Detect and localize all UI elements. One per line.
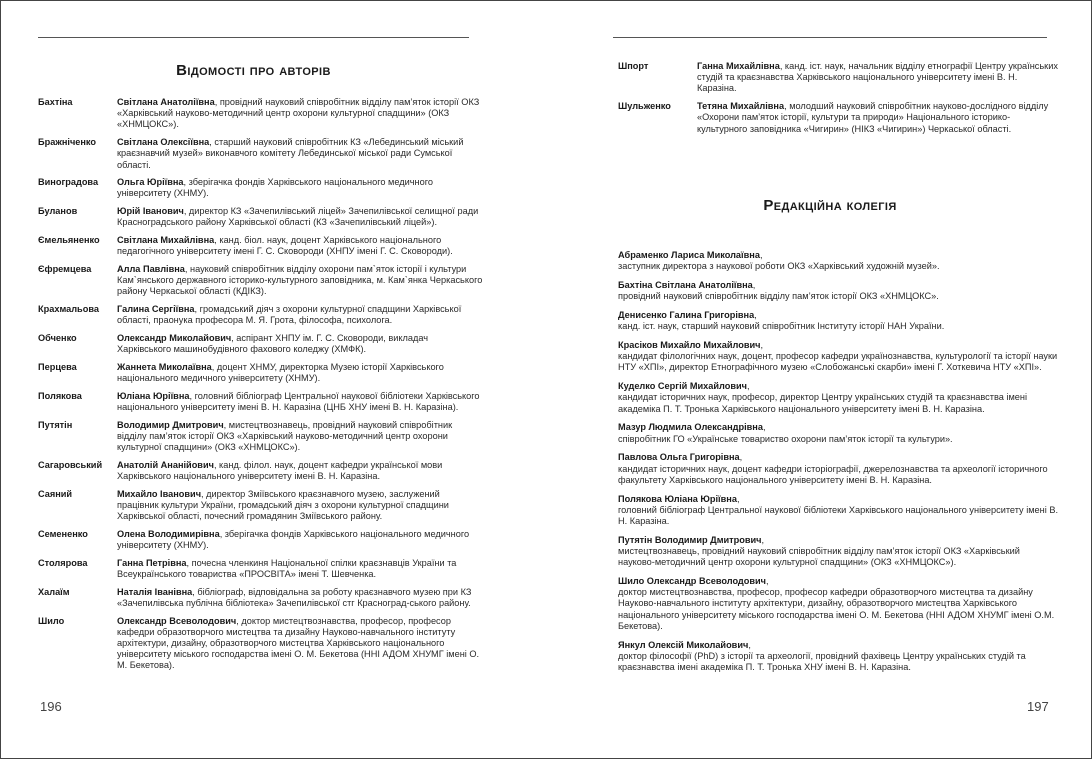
author-description: Наталія Іванівна, бібліограф, відповідал… [117, 587, 483, 609]
author-entry: ШилоОлександр Всеволодович, доктор мисте… [38, 616, 483, 672]
author-entry: БахтінаСвітлана Анатоліївна, провідний н… [38, 97, 483, 131]
author-entry: ЄфремцеваАлла Павлівна, науковий співроб… [38, 264, 483, 298]
author-surname: Халаїм [38, 587, 117, 609]
board-member: Путятін Володимир Дмитрович,мистецтвозна… [618, 535, 1058, 569]
author-surname: Путятін [38, 420, 117, 454]
board-member-description: головний бібліограф Центральної наукової… [618, 505, 1058, 527]
author-surname: Саяний [38, 489, 117, 523]
author-name: Михайло Іванович [117, 489, 201, 499]
board-member-name-line: Павлова Ольга Григорівна, [618, 452, 1058, 463]
author-name: Олександр Миколайович [117, 333, 231, 343]
author-name: Ольга Юріївна [117, 177, 184, 187]
header-rule [613, 37, 1047, 38]
authors-list-right: ШпортГанна Михайлівна, канд. іст. наук, … [618, 61, 1058, 141]
author-surname: Шило [38, 616, 117, 672]
author-name: Світлана Анатоліївна [117, 97, 215, 107]
author-description: Світлана Михайлівна, канд. біол. наук, д… [117, 235, 483, 257]
board-member-name-line: Янкул Олексій Миколайович, [618, 640, 1058, 651]
board-member: Павлова Ольга Григорівна,кандидат істори… [618, 452, 1058, 486]
author-entry: КрахмальоваГалина Сергіївна, громадський… [38, 304, 483, 326]
board-member-name: Куделко Сергій Михайлович [618, 381, 747, 391]
author-description: Олександр Всеволодович, доктор мистецтво… [117, 616, 483, 672]
author-entry: СагаровськийАнатолій Ананійович, канд. ф… [38, 460, 483, 482]
author-description: Алла Павлівна, науковий співробітник від… [117, 264, 483, 298]
author-surname: Бражніченко [38, 137, 117, 171]
author-entry: ПерцеваЖаннета Миколаївна, доцент ХНМУ, … [38, 362, 483, 384]
board-member-name: Полякова Юліана Юріївна [618, 494, 737, 504]
author-surname: Шпорт [618, 61, 697, 95]
board-member: Абраменко Лариса Миколаївна,заступник ди… [618, 250, 1058, 272]
board-member-name-line: Мазур Людмила Олександрівна, [618, 422, 1058, 433]
author-description: Олена Володимирівна, зберігачка фондів Х… [117, 529, 483, 551]
section-title-editorial-board: Редакційна колегія [613, 197, 1047, 214]
author-entry: БулановЮрій Іванович, директор КЗ «Зачеп… [38, 206, 483, 228]
author-description: Юліана Юріївна, головний бібліограф Цент… [117, 391, 483, 413]
author-surname: Буланов [38, 206, 117, 228]
author-surname: Бахтіна [38, 97, 117, 131]
page-197: ШпортГанна Михайлівна, канд. іст. наук, … [546, 0, 1092, 759]
board-member-name-line: Путятін Володимир Дмитрович, [618, 535, 1058, 546]
author-surname: Шульженко [618, 101, 697, 135]
author-entry: ХалаїмНаталія Іванівна, бібліограф, відп… [38, 587, 483, 609]
author-name: Світлана Михайлівна [117, 235, 214, 245]
author-name: Олександр Всеволодович [117, 616, 236, 626]
author-entry: ШпортГанна Михайлівна, канд. іст. наук, … [618, 61, 1058, 95]
author-surname: Столярова [38, 558, 117, 580]
board-member-name-line: Бахтіна Світлана Анатоліївна, [618, 280, 1058, 291]
board-member-description: співробітник ГО «Українське товариство о… [618, 434, 1058, 445]
board-member: Янкул Олексій Миколайович,доктор філософ… [618, 640, 1058, 674]
authors-list-left: БахтінаСвітлана Анатоліївна, провідний н… [38, 97, 483, 678]
board-member: Полякова Юліана Юріївна,головний бібліог… [618, 494, 1058, 528]
author-surname: Єфремцева [38, 264, 117, 298]
board-member: Куделко Сергій Михайлович,кандидат істор… [618, 381, 1058, 415]
author-surname: Сагаровський [38, 460, 117, 482]
author-entry: ПоляковаЮліана Юріївна, головний бібліог… [38, 391, 483, 413]
author-surname: Семененко [38, 529, 117, 551]
board-member-description: заступник директора з наукової роботи ОК… [618, 261, 1058, 272]
board-member-description: кандидат історичних наук, доцент кафедри… [618, 464, 1058, 486]
author-description: Юрій Іванович, директор КЗ «Зачепилівськ… [117, 206, 483, 228]
board-member-name: Бахтіна Світлана Анатоліївна [618, 280, 753, 290]
author-surname: Крахмальова [38, 304, 117, 326]
author-name: Ганна Михайлівна [697, 61, 780, 71]
author-name: Жаннета Миколаївна [117, 362, 212, 372]
author-description: Ольга Юріївна, зберігачка фондів Харківс… [117, 177, 483, 199]
page-number: 197 [1027, 699, 1049, 714]
board-member-name-line: Полякова Юліана Юріївна, [618, 494, 1058, 505]
board-member-name-line: Куделко Сергій Михайлович, [618, 381, 1058, 392]
board-member-name-line: Шило Олександр Всеволодович, [618, 576, 1058, 587]
author-entry: ВиноградоваОльга Юріївна, зберігачка фон… [38, 177, 483, 199]
board-member-name: Путятін Володимир Дмитрович [618, 535, 762, 545]
author-description: Михайло Іванович, директор Зміївського к… [117, 489, 483, 523]
section-title-authors: Відомості про авторів [38, 62, 469, 79]
author-name: Галина Сергіївна [117, 304, 195, 314]
page-196: Відомості про авторів БахтінаСвітлана Ан… [0, 0, 546, 759]
author-description: Володимир Дмитрович, мистецтвознавець, п… [117, 420, 483, 454]
board-member-description: доктор мистецтвознавства, професор, проф… [618, 587, 1058, 632]
board-member-description: кандидат історичних наук, професор, дире… [618, 392, 1058, 414]
board-member-description: кандидат філологічних наук, доцент, проф… [618, 351, 1058, 373]
board-member-description: доктор філософії (PhD) з історії та архе… [618, 651, 1058, 673]
author-name: Володимир Дмитрович [117, 420, 224, 430]
author-name: Олена Володимирівна [117, 529, 220, 539]
author-entry: ЄмельяненкоСвітлана Михайлівна, канд. бі… [38, 235, 483, 257]
page-number: 196 [40, 699, 62, 714]
author-entry: ОбченкоОлександр Миколайович, аспірант Х… [38, 333, 483, 355]
board-member-name: Денисенко Галина Григорівна [618, 310, 754, 320]
author-surname: Ємельяненко [38, 235, 117, 257]
author-description: Ганна Михайлівна, канд. іст. наук, начал… [697, 61, 1058, 95]
author-description: Тетяна Михайлівна, молодший науковий спі… [697, 101, 1058, 135]
board-member-name-line: Абраменко Лариса Миколаївна, [618, 250, 1058, 261]
board-member-name: Мазур Людмила Олександрівна [618, 422, 763, 432]
author-name: Наталія Іванівна [117, 587, 192, 597]
author-entry: СаянийМихайло Іванович, директор Зміївсь… [38, 489, 483, 523]
board-member-description: канд. іст. наук, старший науковий співро… [618, 321, 1058, 332]
author-entry: СемененкоОлена Володимирівна, зберігачка… [38, 529, 483, 551]
author-description: Галина Сергіївна, громадський діяч з охо… [117, 304, 483, 326]
board-member-name-line: Денисенко Галина Григорівна, [618, 310, 1058, 321]
board-member-name: Красіков Михайло Михайлович [618, 340, 760, 350]
author-name: Ганна Петрівна [117, 558, 187, 568]
author-surname: Полякова [38, 391, 117, 413]
board-member-name: Шило Олександр Всеволодович [618, 576, 766, 586]
author-surname: Перцева [38, 362, 117, 384]
board-member: Бахтіна Світлана Анатоліївна,провідний н… [618, 280, 1058, 302]
board-member-name: Янкул Олексій Миколайович [618, 640, 748, 650]
board-member-name-line: Красіков Михайло Михайлович, [618, 340, 1058, 351]
author-entry: ШульженкоТетяна Михайлівна, молодший нау… [618, 101, 1058, 135]
author-entry: БражніченкоСвітлана Олексіївна, старший … [38, 137, 483, 171]
author-entry: ПутятінВолодимир Дмитрович, мистецтвозна… [38, 420, 483, 454]
author-description: Анатолій Ананійович, канд. філол. наук, … [117, 460, 483, 482]
board-member: Красіков Михайло Михайлович,кандидат філ… [618, 340, 1058, 374]
author-surname: Обченко [38, 333, 117, 355]
author-name: Алла Павлівна [117, 264, 185, 274]
board-member-name: Павлова Ольга Григорівна [618, 452, 740, 462]
board-member-description: мистецтвознавець, провідний науковий спі… [618, 546, 1058, 568]
board-member-name: Абраменко Лариса Миколаївна [618, 250, 760, 260]
board-member-description: провідний науковий співробітник відділу … [618, 291, 1058, 302]
author-description: Ганна Петрівна, почесна членкиня Націона… [117, 558, 483, 580]
editorial-board-list: Абраменко Лариса Миколаївна,заступник ди… [618, 250, 1058, 681]
board-member: Шило Олександр Всеволодович,доктор мисте… [618, 576, 1058, 632]
author-name: Анатолій Ананійович [117, 460, 214, 470]
author-name: Юрій Іванович [117, 206, 184, 216]
author-description: Жаннета Миколаївна, доцент ХНМУ, директо… [117, 362, 483, 384]
author-name: Світлана Олексіївна [117, 137, 209, 147]
header-rule [38, 37, 469, 38]
author-description: Олександр Миколайович, аспірант ХНПУ ім.… [117, 333, 483, 355]
author-description: Світлана Анатоліївна, провідний науковий… [117, 97, 483, 131]
board-member: Денисенко Галина Григорівна,канд. іст. н… [618, 310, 1058, 332]
author-description: Світлана Олексіївна, старший науковий сп… [117, 137, 483, 171]
author-surname: Виноградова [38, 177, 117, 199]
author-name: Тетяна Михайлівна [697, 101, 784, 111]
author-entry: СтоляроваГанна Петрівна, почесна членкин… [38, 558, 483, 580]
author-name: Юліана Юріївна [117, 391, 190, 401]
board-member: Мазур Людмила Олександрівна,співробітник… [618, 422, 1058, 444]
